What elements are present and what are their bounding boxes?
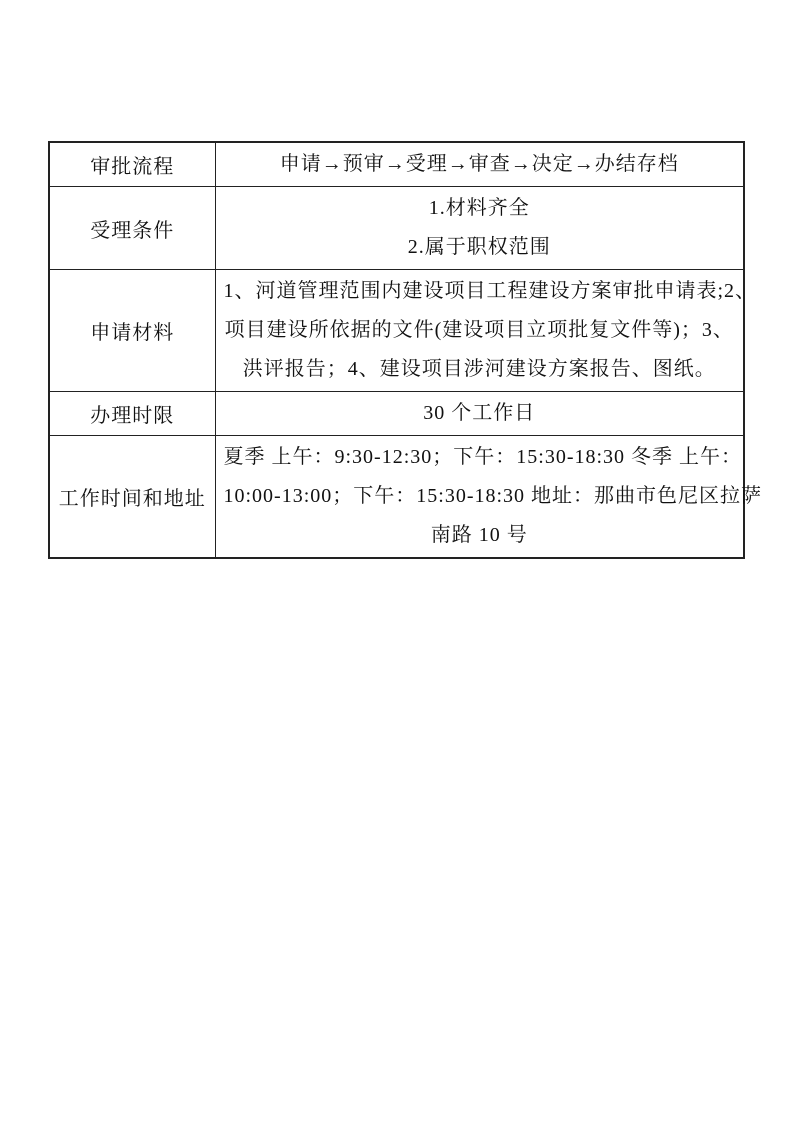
- row-label-application-materials: 申请材料: [49, 270, 215, 392]
- value-line: 项目建设所依据的文件(建设项目立项批复文件等)；3、: [224, 311, 736, 350]
- document-page: 审批流程 申请→预审→受理→审查→决定→办结存档 受理条件 1.材料齐全 2.属…: [0, 0, 793, 1122]
- value-line: 1.材料齐全: [224, 189, 736, 228]
- value-line: 10:00-13:00；下午：15:30-18:30 地址：那曲市色尼区拉萨: [224, 477, 736, 516]
- row-value-application-materials: 1、河道管理范围内建设项目工程建设方案审批申请表;2、 项目建设所依据的文件(建…: [215, 270, 744, 392]
- value-line: 2.属于职权范围: [224, 228, 736, 267]
- value-line: 夏季 上午：9:30-12:30；下午：15:30-18:30 冬季 上午：: [224, 438, 736, 477]
- table-row-acceptance-conditions: 受理条件 1.材料齐全 2.属于职权范围: [49, 187, 744, 270]
- row-value-approval-process: 申请→预审→受理→审查→决定→办结存档: [215, 142, 744, 187]
- row-value-acceptance-conditions: 1.材料齐全 2.属于职权范围: [215, 187, 744, 270]
- row-value-working-hours-address: 夏季 上午：9:30-12:30；下午：15:30-18:30 冬季 上午： 1…: [215, 436, 744, 559]
- value-line: 申请→预审→受理→审查→决定→办结存档: [224, 145, 736, 184]
- table-row-processing-time-limit: 办理时限 30 个工作日: [49, 392, 744, 436]
- row-label-working-hours-address: 工作时间和地址: [49, 436, 215, 559]
- row-label-acceptance-conditions: 受理条件: [49, 187, 215, 270]
- value-line: 1、河道管理范围内建设项目工程建设方案审批申请表;2、: [224, 272, 736, 311]
- approval-info-table: 审批流程 申请→预审→受理→审查→决定→办结存档 受理条件 1.材料齐全 2.属…: [48, 141, 745, 559]
- table-row-application-materials: 申请材料 1、河道管理范围内建设项目工程建设方案审批申请表;2、 项目建设所依据…: [49, 270, 744, 392]
- table-row-working-hours-address: 工作时间和地址 夏季 上午：9:30-12:30；下午：15:30-18:30 …: [49, 436, 744, 559]
- value-line: 30 个工作日: [224, 394, 736, 433]
- row-label-approval-process: 审批流程: [49, 142, 215, 187]
- value-line: 南路 10 号: [224, 516, 736, 555]
- row-value-processing-time-limit: 30 个工作日: [215, 392, 744, 436]
- row-label-processing-time-limit: 办理时限: [49, 392, 215, 436]
- value-line: 洪评报告；4、建设项目涉河建设方案报告、图纸。: [224, 350, 736, 389]
- table-row-approval-process: 审批流程 申请→预审→受理→审查→决定→办结存档: [49, 142, 744, 187]
